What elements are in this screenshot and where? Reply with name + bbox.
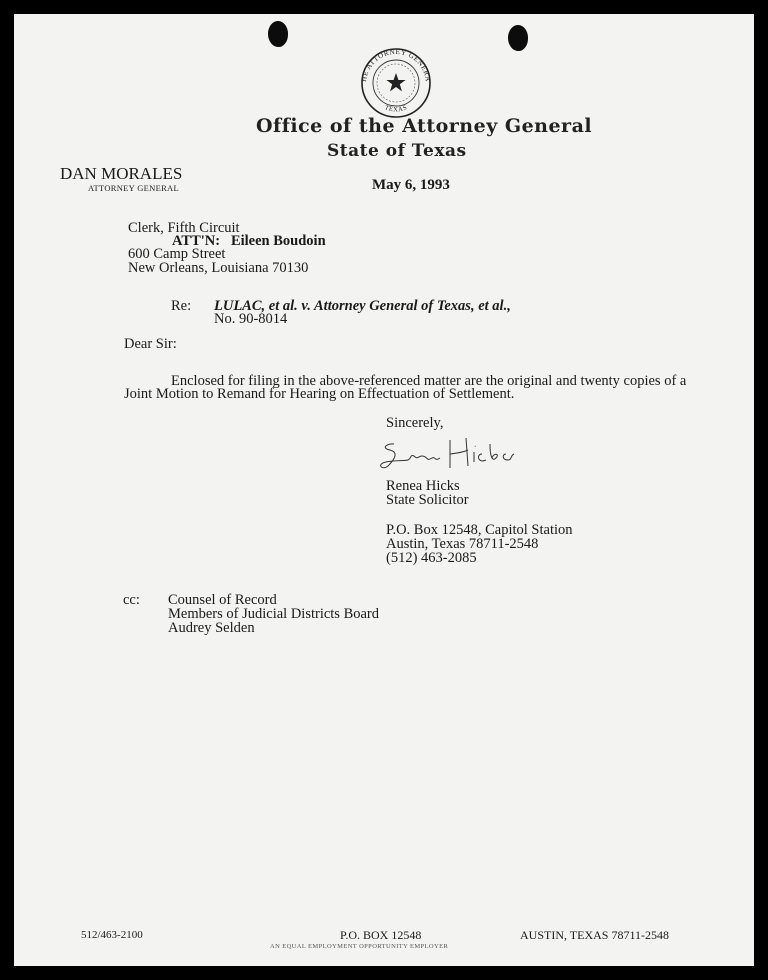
letter-page: THE ATTORNEY GENERAL TEXAS Office of the… [14, 14, 754, 966]
punch-hole-right [508, 25, 528, 51]
re-number: No. 90-8014 [214, 312, 287, 327]
svg-text:TEXAS: TEXAS [384, 104, 409, 113]
attorney-general-title: ATTORNEY GENERAL [88, 183, 179, 193]
body-line-2: Joint Motion to Remand for Hearing on Ef… [124, 387, 514, 402]
letter-date: May 6, 1993 [372, 177, 450, 194]
footer-eoe: AN EQUAL EMPLOYMENT OPPORTUNITY EMPLOYER [270, 943, 448, 950]
footer-phone: 512/463-2100 [81, 929, 143, 941]
attorney-general-name: DAN MORALES [60, 164, 182, 184]
salutation: Dear Sir: [124, 337, 177, 352]
recipient-city: New Orleans, Louisiana 70130 [128, 261, 308, 276]
attorney-general-seal-icon: THE ATTORNEY GENERAL TEXAS [354, 46, 438, 120]
signature-icon: Renea Hicks [374, 434, 544, 474]
attn-name: Eileen Boudoin [231, 233, 326, 249]
signer-title: State Solicitor [386, 493, 469, 508]
cc-item: Audrey Selden [168, 621, 255, 636]
signer-phone: (512) 463-2085 [386, 551, 477, 566]
state-title: State of Texas [327, 141, 467, 161]
office-title: Office of the Attorney General [256, 115, 592, 137]
footer-box: P.O. BOX 12548 [340, 928, 421, 943]
footer-city: AUSTIN, TEXAS 78711-2548 [520, 928, 669, 943]
cc-label: cc: [123, 593, 140, 608]
closing: Sincerely, [386, 416, 443, 431]
re-label: Re: [171, 299, 191, 314]
punch-hole-left [268, 21, 288, 47]
